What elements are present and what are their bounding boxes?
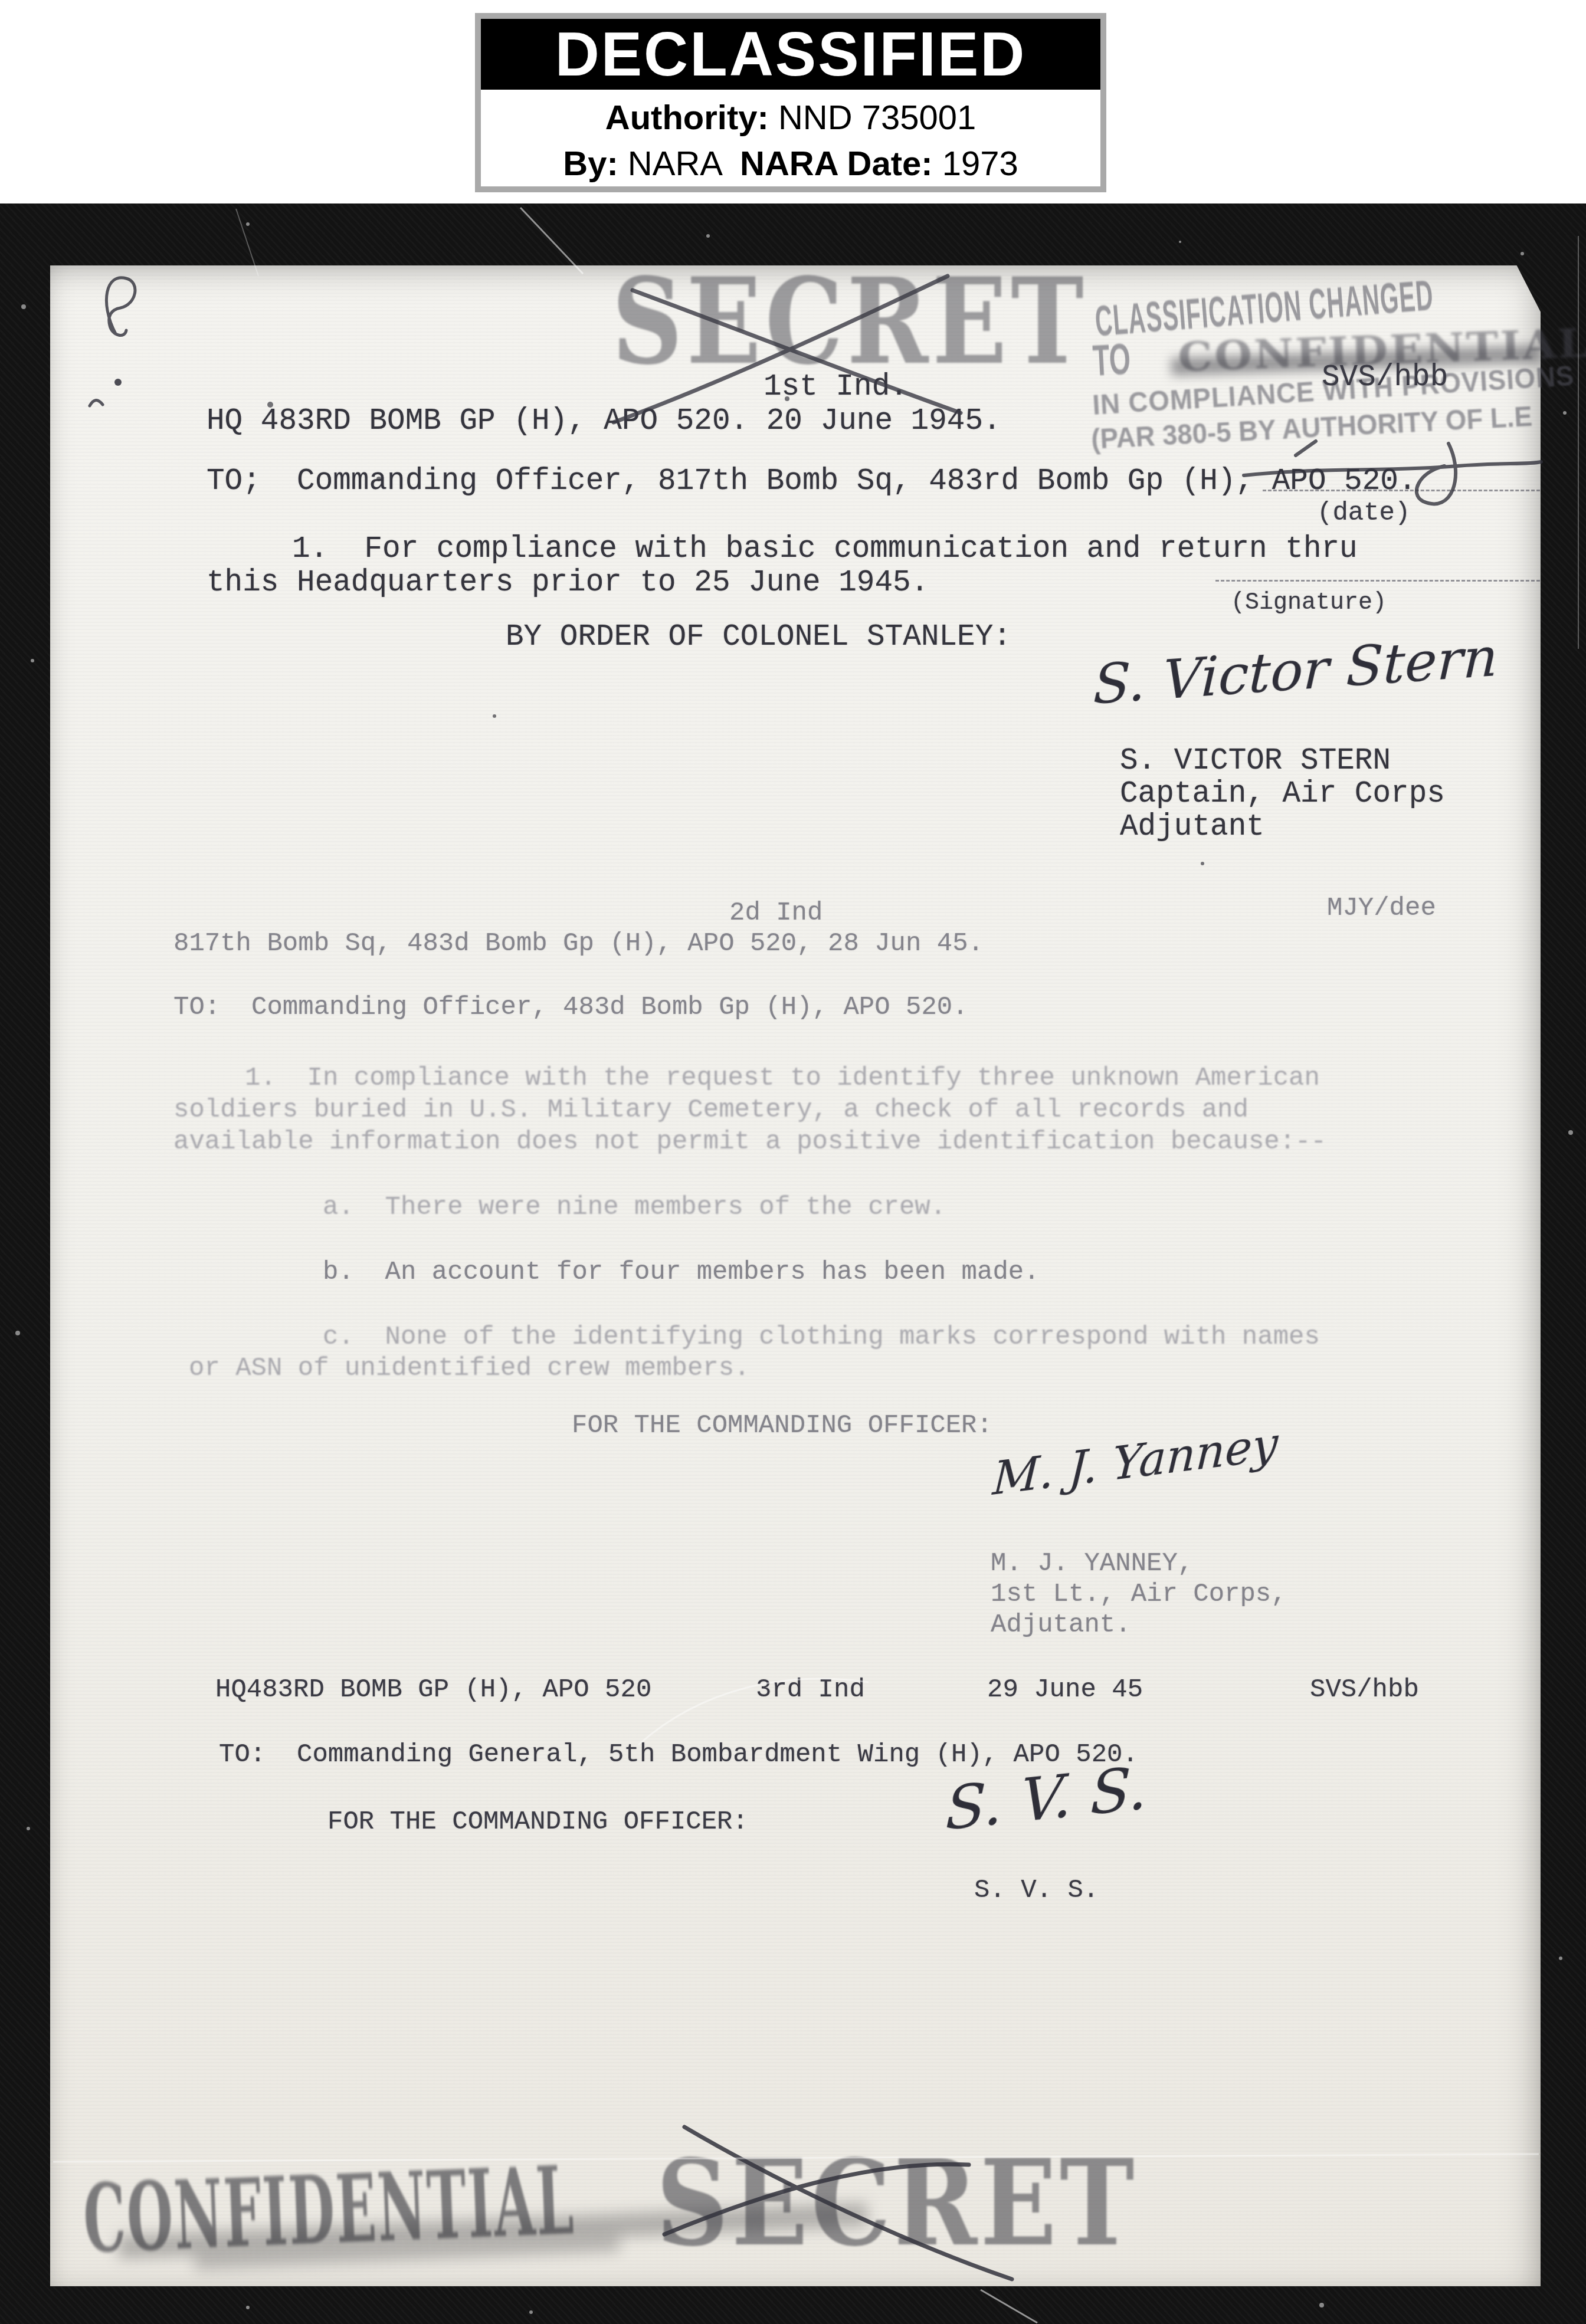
second-ind-from-line: 817th Bomb Sq, 483d Bomb Gp (H), APO 520… [173,929,984,959]
third-ind-to-line: TO: Commanding General, 5th Bombardment … [219,1740,1138,1770]
first-ind-order-line: BY ORDER OF COLONEL STANLEY: [506,621,1011,655]
spacer [933,145,942,183]
date-dash-line [1263,490,1540,491]
second-ind-signer-rank: 1st Lt., Air Corps, [991,1580,1287,1610]
first-ind-para-line1: 1. For compliance with basic communicati… [292,533,1358,567]
third-ind-closing-line: FOR THE COMMANDING OFFICER: [327,1807,748,1837]
first-ind-signer-name: S. VICTOR STERN [1120,744,1391,779]
nara-date-value: 1973 [942,145,1018,183]
declassified-authority-line: Authority: NND 735001 [481,98,1100,137]
secret-stamp-bottom: SECRET [656,2134,1138,2273]
by-label: By: [563,145,618,183]
second-ind-item-c-line2: or ASN of unidentified crew members. [189,1354,750,1384]
first-ind-signer-rank: Captain, Air Corps [1120,777,1445,812]
second-ind-para-line3: available information does not permit a … [173,1127,1326,1157]
second-ind-item-c-line1: c. None of the identifying clothing mark… [323,1322,1320,1353]
first-ind-para-line2: this Headquarters prior to 25 June 1945. [207,566,929,601]
second-ind-para-line2: soldiers buried in U.S. Military Cemeter… [173,1095,1249,1125]
nara-date-label: NARA Date: [740,145,933,183]
second-ind-para-line1: 1. In compliance with the request to ide… [245,1063,1320,1094]
first-ind-signer-title: Adjutant [1120,810,1264,845]
second-ind-signer-name: M. J. YANNEY, [991,1549,1193,1579]
authority-value: NND 735001 [778,99,976,137]
signature-dash-line [1215,580,1540,582]
authority-label: Authority: [605,99,769,137]
first-ind-from-line: HQ 483RD BOMB GP (H), APO 520. 20 June 1… [207,405,1001,439]
second-ind-item-a: a. There were nine members of the crew. [323,1193,946,1223]
second-ind-item-b: b. An account for four members has been … [323,1258,1040,1288]
declassified-by-line: By: NARA NARA Date: 1973 [481,144,1100,183]
spacer [618,145,628,183]
classification-initials: SVS/hbb [1322,361,1448,396]
declassified-banner-band: DECLASSIFIED [481,19,1100,90]
second-ind-office-ref: MJY/dee [1327,894,1436,924]
second-ind-heading: 2d Ind [729,898,823,928]
third-ind-signer-initials: S. V. S. [974,1876,1099,1906]
second-ind-to-line: TO: Commanding Officer, 483d Bomb Gp (H)… [173,993,968,1023]
declassified-banner: DECLASSIFIED Authority: NND 735001 By: N… [475,13,1106,192]
third-ind-heading: 3rd Ind [756,1675,865,1705]
declassified-title: DECLASSIFIED [555,18,1027,90]
first-ind-heading: 1st Ind. [763,370,908,405]
second-ind-signer-title: Adjutant. [991,1610,1131,1640]
scanned-document-page: { "banner": { "title": "DECLASSIFIED", "… [0,0,1586,2324]
second-ind-closing-line: FOR THE COMMANDING OFFICER: [572,1411,992,1441]
signature-caption: (Signature) [1231,590,1387,617]
first-ind-to-line: TO; Commanding Officer, 817th Bomb Sq, 4… [207,465,1417,500]
spacer [769,99,778,137]
spacer [721,145,740,183]
third-ind-date: 29 June 45 [987,1675,1143,1705]
by-value: NARA [628,145,721,183]
third-ind-office-ref: SVS/hbb [1310,1675,1419,1705]
classification-to-label: TO [1092,333,1132,386]
third-ind-from-line: HQ483RD BOMB GP (H), APO 520 [215,1675,651,1705]
classification-date-caption: (date) [1317,498,1410,529]
